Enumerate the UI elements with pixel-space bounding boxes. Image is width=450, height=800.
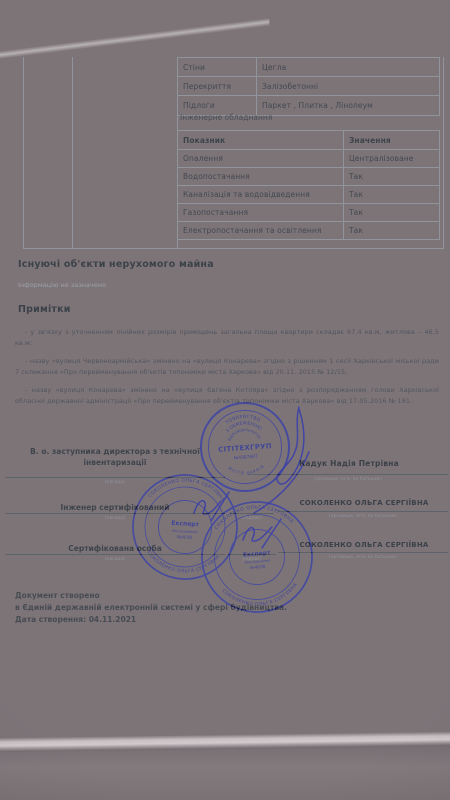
footer-line: Документ створено bbox=[15, 590, 287, 602]
table-cell: Так bbox=[343, 222, 439, 239]
signature-position: В. о. заступника директора з технічної і… bbox=[25, 446, 205, 468]
engineering-table: Показник Значення Опалення Централізован… bbox=[177, 130, 440, 240]
expert-stamp-1: СОКОЛЕНКО ОЛЬГА СЕРГІЇВНА СОКОЛЕНКО ОЛЬГ… bbox=[130, 472, 239, 581]
signature-line bbox=[248, 474, 448, 475]
note-item: - у зв'язку з уточненням лінійних розмір… bbox=[15, 327, 439, 349]
table-cell: Так bbox=[343, 204, 439, 221]
signature-name: СОКОЛЕНКО ОЛЬГА СЕРГІЇВНА bbox=[280, 499, 448, 507]
position-caption: (посада) bbox=[5, 557, 225, 562]
stamp-org-line2: З ОБМЕЖЕНОЮ bbox=[224, 419, 263, 434]
signature-line bbox=[228, 554, 276, 555]
stamp-reg-number: №4038 bbox=[177, 534, 193, 540]
table-row: Каналізація та водовідведення Так bbox=[178, 185, 439, 203]
section-title-notes: Примітки bbox=[18, 304, 71, 315]
signature-name: Кадук Надія Петрівна bbox=[250, 459, 448, 468]
note-item: - назву «вулиця Червоноармійська» змінен… bbox=[15, 356, 439, 378]
table-row: Водопостачання Так bbox=[178, 167, 439, 185]
table-row: Опалення Централізоване bbox=[178, 149, 439, 167]
document-content: Стіни Цегла Перекриття Залізобетонні Під… bbox=[0, 0, 450, 800]
name-caption: (прізвище, ім'я, по батькові) bbox=[278, 555, 448, 560]
signature-line bbox=[230, 513, 274, 514]
footer-line: Дата створення: 04.11.2021 bbox=[15, 614, 287, 626]
stamp-reg-number: №4038 bbox=[250, 564, 266, 570]
handwritten-signature-3 bbox=[243, 519, 281, 548]
table-row: Перекриття Залізобетонні bbox=[178, 76, 439, 95]
signature-position: Інженер сертифікований bbox=[5, 502, 225, 513]
footer-block: Документ створено в Єдиній державній еле… bbox=[15, 590, 287, 626]
table-cell: Опалення bbox=[178, 150, 343, 167]
signature-line bbox=[278, 552, 448, 553]
signature-position: Сертифікована особа bbox=[5, 543, 225, 554]
table-cell: Газопостачання bbox=[178, 204, 343, 221]
signature-line bbox=[5, 477, 225, 478]
sign-caption: (підпис) bbox=[218, 516, 286, 521]
no-information-note: Інформацію не зазначено bbox=[18, 281, 106, 289]
stamp-reg-label: Реєстраційний bbox=[172, 529, 198, 534]
table-cell: Стіни bbox=[178, 58, 256, 76]
signature-line bbox=[278, 511, 448, 512]
signature-line bbox=[5, 513, 225, 514]
photo-background: Стіни Цегла Перекриття Залізобетонні Під… bbox=[0, 0, 450, 800]
table-cell: Водопостачання bbox=[178, 168, 343, 185]
table-cell: Перекриття bbox=[178, 77, 256, 95]
footer-line: в Єдиній державній електронній системі у… bbox=[15, 602, 287, 614]
table-cell: Каналізація та водовідведення bbox=[178, 186, 343, 203]
notes-list: - у зв'язку з уточненням лінійних розмір… bbox=[15, 327, 439, 414]
position-caption: (посада) bbox=[5, 516, 225, 521]
table-cell: Електропостачання та освітлення bbox=[178, 222, 343, 239]
table-cell: Централізоване bbox=[343, 150, 439, 167]
grid-line-vertical-4 bbox=[443, 57, 444, 248]
table-cell: Цегла bbox=[256, 58, 439, 76]
stamp-company-name: СІТІТЕХГРУП bbox=[218, 442, 272, 454]
table-row: Підлоги Паркет , Плитка , Лінолеум bbox=[178, 95, 439, 115]
note-item: - назву «вулиця Конарева» змінено на «ву… bbox=[15, 385, 439, 407]
signature-line bbox=[5, 554, 225, 555]
table-cell: Паркет , Плитка , Лінолеум bbox=[256, 96, 439, 115]
table-cell: Так bbox=[343, 168, 439, 185]
table-row: Стіни Цегла bbox=[178, 58, 439, 76]
stamp-org-line3: ВІДПОВІДАЛЬНІСТЮ bbox=[227, 427, 262, 442]
stamp-org-line1: ТОВАРИСТВО bbox=[223, 413, 262, 427]
table-header-cell: Показник bbox=[178, 131, 343, 149]
table-cell: Так bbox=[343, 186, 439, 203]
signature-name: СОКОЛЕНКО ОЛЬГА СЕРГІЇВНА bbox=[280, 541, 448, 549]
construction-table: Стіни Цегла Перекриття Залізобетонні Під… bbox=[177, 57, 440, 116]
table-row: Електропостачання та освітлення Так bbox=[178, 221, 439, 239]
table-header-cell: Значення bbox=[343, 131, 439, 149]
stamp-outer-ring bbox=[130, 472, 239, 581]
name-caption: (прізвище, ім'я, по батькові) bbox=[278, 514, 448, 519]
grid-line-bottom bbox=[23, 248, 444, 249]
grid-line-vertical-2 bbox=[72, 57, 73, 248]
stamp-title: Експерт bbox=[171, 520, 200, 528]
section-title-existing-objects: Існуючі об'єкти нерухомого майна bbox=[18, 259, 214, 270]
grid-line-vertical-1 bbox=[23, 57, 24, 248]
table-header-row: Показник Значення bbox=[178, 131, 439, 149]
engineering-section-title: Інженерне обладнання bbox=[180, 113, 272, 122]
name-caption: (прізвище, ім'я, по батькові) bbox=[248, 477, 448, 482]
table-row: Газопостачання Так bbox=[178, 203, 439, 221]
position-caption: (посада) bbox=[5, 480, 225, 485]
table-cell: Залізобетонні bbox=[256, 77, 439, 95]
